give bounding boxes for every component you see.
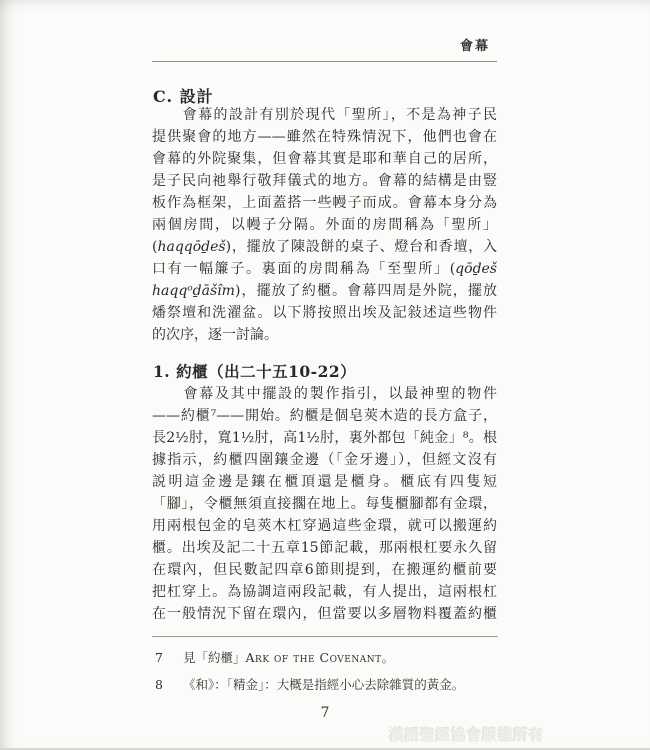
body-text-line: 「腳」，令櫃無須直接擱在地上。每隻櫃腳都有金環， — [152, 493, 497, 515]
section-heading-ark: 1. 約櫃（出二十五10-22） — [153, 360, 356, 382]
footnote-latin-smallcaps: Ark of the Covenant — [246, 650, 382, 665]
body-text-line: 的次序，逐一討論。 — [152, 324, 497, 346]
body-text-line: 據指示，約櫃四圍鑲金邊（「金牙邊」），但經文沒有 — [152, 449, 497, 471]
body-text-line: 燔祭壇和洗濯盆。以下將按照出埃及記敍述這些物件 — [152, 302, 497, 324]
body-text-line: 是子民向祂舉行敬拜儀式的地方。會幕的結構是由豎 — [152, 170, 497, 192]
book-page: 會幕 C. 設計 會幕的設計有別於現代「聖所」，不是為神子民 提供聚會的地方——… — [0, 0, 650, 750]
footnote-number: 8 — [155, 676, 183, 693]
body-text-line: 把杠穿上。為協調這兩段記載，有人提出，這兩根杠 — [152, 581, 497, 603]
footnote-text: 見「約櫃」 — [183, 650, 246, 665]
body-text-line: 會幕及其中擺設的製作指引，以最神聖的物件 — [152, 383, 497, 405]
body-text-line: haqqᵒḏāšîm)，擺放了約櫃。會幕四周是外院，擺放 — [152, 280, 497, 302]
footnote-7: 7見「約櫃」Ark of the Covenant。 — [155, 649, 500, 666]
footnote-8: 8《和》：「精金」：大概是指經小心去除雜質的黃金。 — [155, 676, 500, 693]
header-rule — [152, 61, 497, 62]
body-text-line: ——約櫃⁷——開始。約櫃是個皂莢木造的長方盒子， — [152, 405, 497, 427]
body-text-line: 會幕的設計有別於現代「聖所」，不是為神子民 — [152, 104, 497, 126]
body-text-line: 兩個房間，以幔子分隔。外面的房間稱為「聖所」 — [152, 214, 497, 236]
body-text-line: 櫃。出埃及記二十五章15節記載，那兩根杠要永久留 — [152, 537, 497, 559]
footnote-text: 。 — [382, 650, 395, 665]
body-text-line: 説明這金邊是鑲在櫃頂還是櫃身。櫃底有四隻短 — [152, 471, 497, 493]
body-text-line: (haqqōḏeš)，擺放了陳設餅的桌子、燈台和香壇，入 — [152, 236, 497, 258]
body-text-line: 長2½肘，寬1½肘，高1½肘，裏外都包「純金」⁸。根 — [152, 427, 497, 449]
footnote-number: 7 — [155, 649, 183, 666]
body-text-line: 提供聚會的地方——雖然在特殊情況下，他們也會在 — [152, 126, 497, 148]
body-text-line: 在一般情況下留在環內，但當要以多層物料覆蓋約櫃 — [152, 603, 497, 625]
body-text-line: 用兩根包金的皂莢木杠穿過這些金環，就可以搬運約 — [152, 515, 497, 537]
paragraph-tabernacle-design: 會幕的設計有別於現代「聖所」，不是為神子民 提供聚會的地方——雖然在特殊情況下，… — [152, 104, 497, 346]
paragraph-ark-description: 會幕及其中擺設的製作指引，以最神聖的物件 ——約櫃⁷——開始。約櫃是個皂莢木造的… — [152, 383, 497, 625]
footnote-rule — [152, 636, 498, 637]
footnote-text: 《和》：「精金」：大概是指經小心去除雜質的黃金。 — [183, 677, 464, 692]
running-title: 會幕 — [152, 35, 490, 54]
body-text-line: 會幕的外院聚集，但會幕其實是耶和華自己的居所， — [152, 148, 497, 170]
body-text-line: 板作為框架，上面蓋搭一些幔子而成。會幕本身分為 — [152, 192, 497, 214]
body-text-line: 口有一幅簾子。裏面的房間稱為「至聖所」(qōḏeš — [152, 258, 497, 280]
copyright-watermark: 漢語聖經協會版權所有 — [389, 724, 544, 745]
body-text-line: 在環內，但民數記四章6節則提到，在搬運約櫃前要 — [152, 559, 497, 581]
page-number: 7 — [0, 705, 650, 721]
